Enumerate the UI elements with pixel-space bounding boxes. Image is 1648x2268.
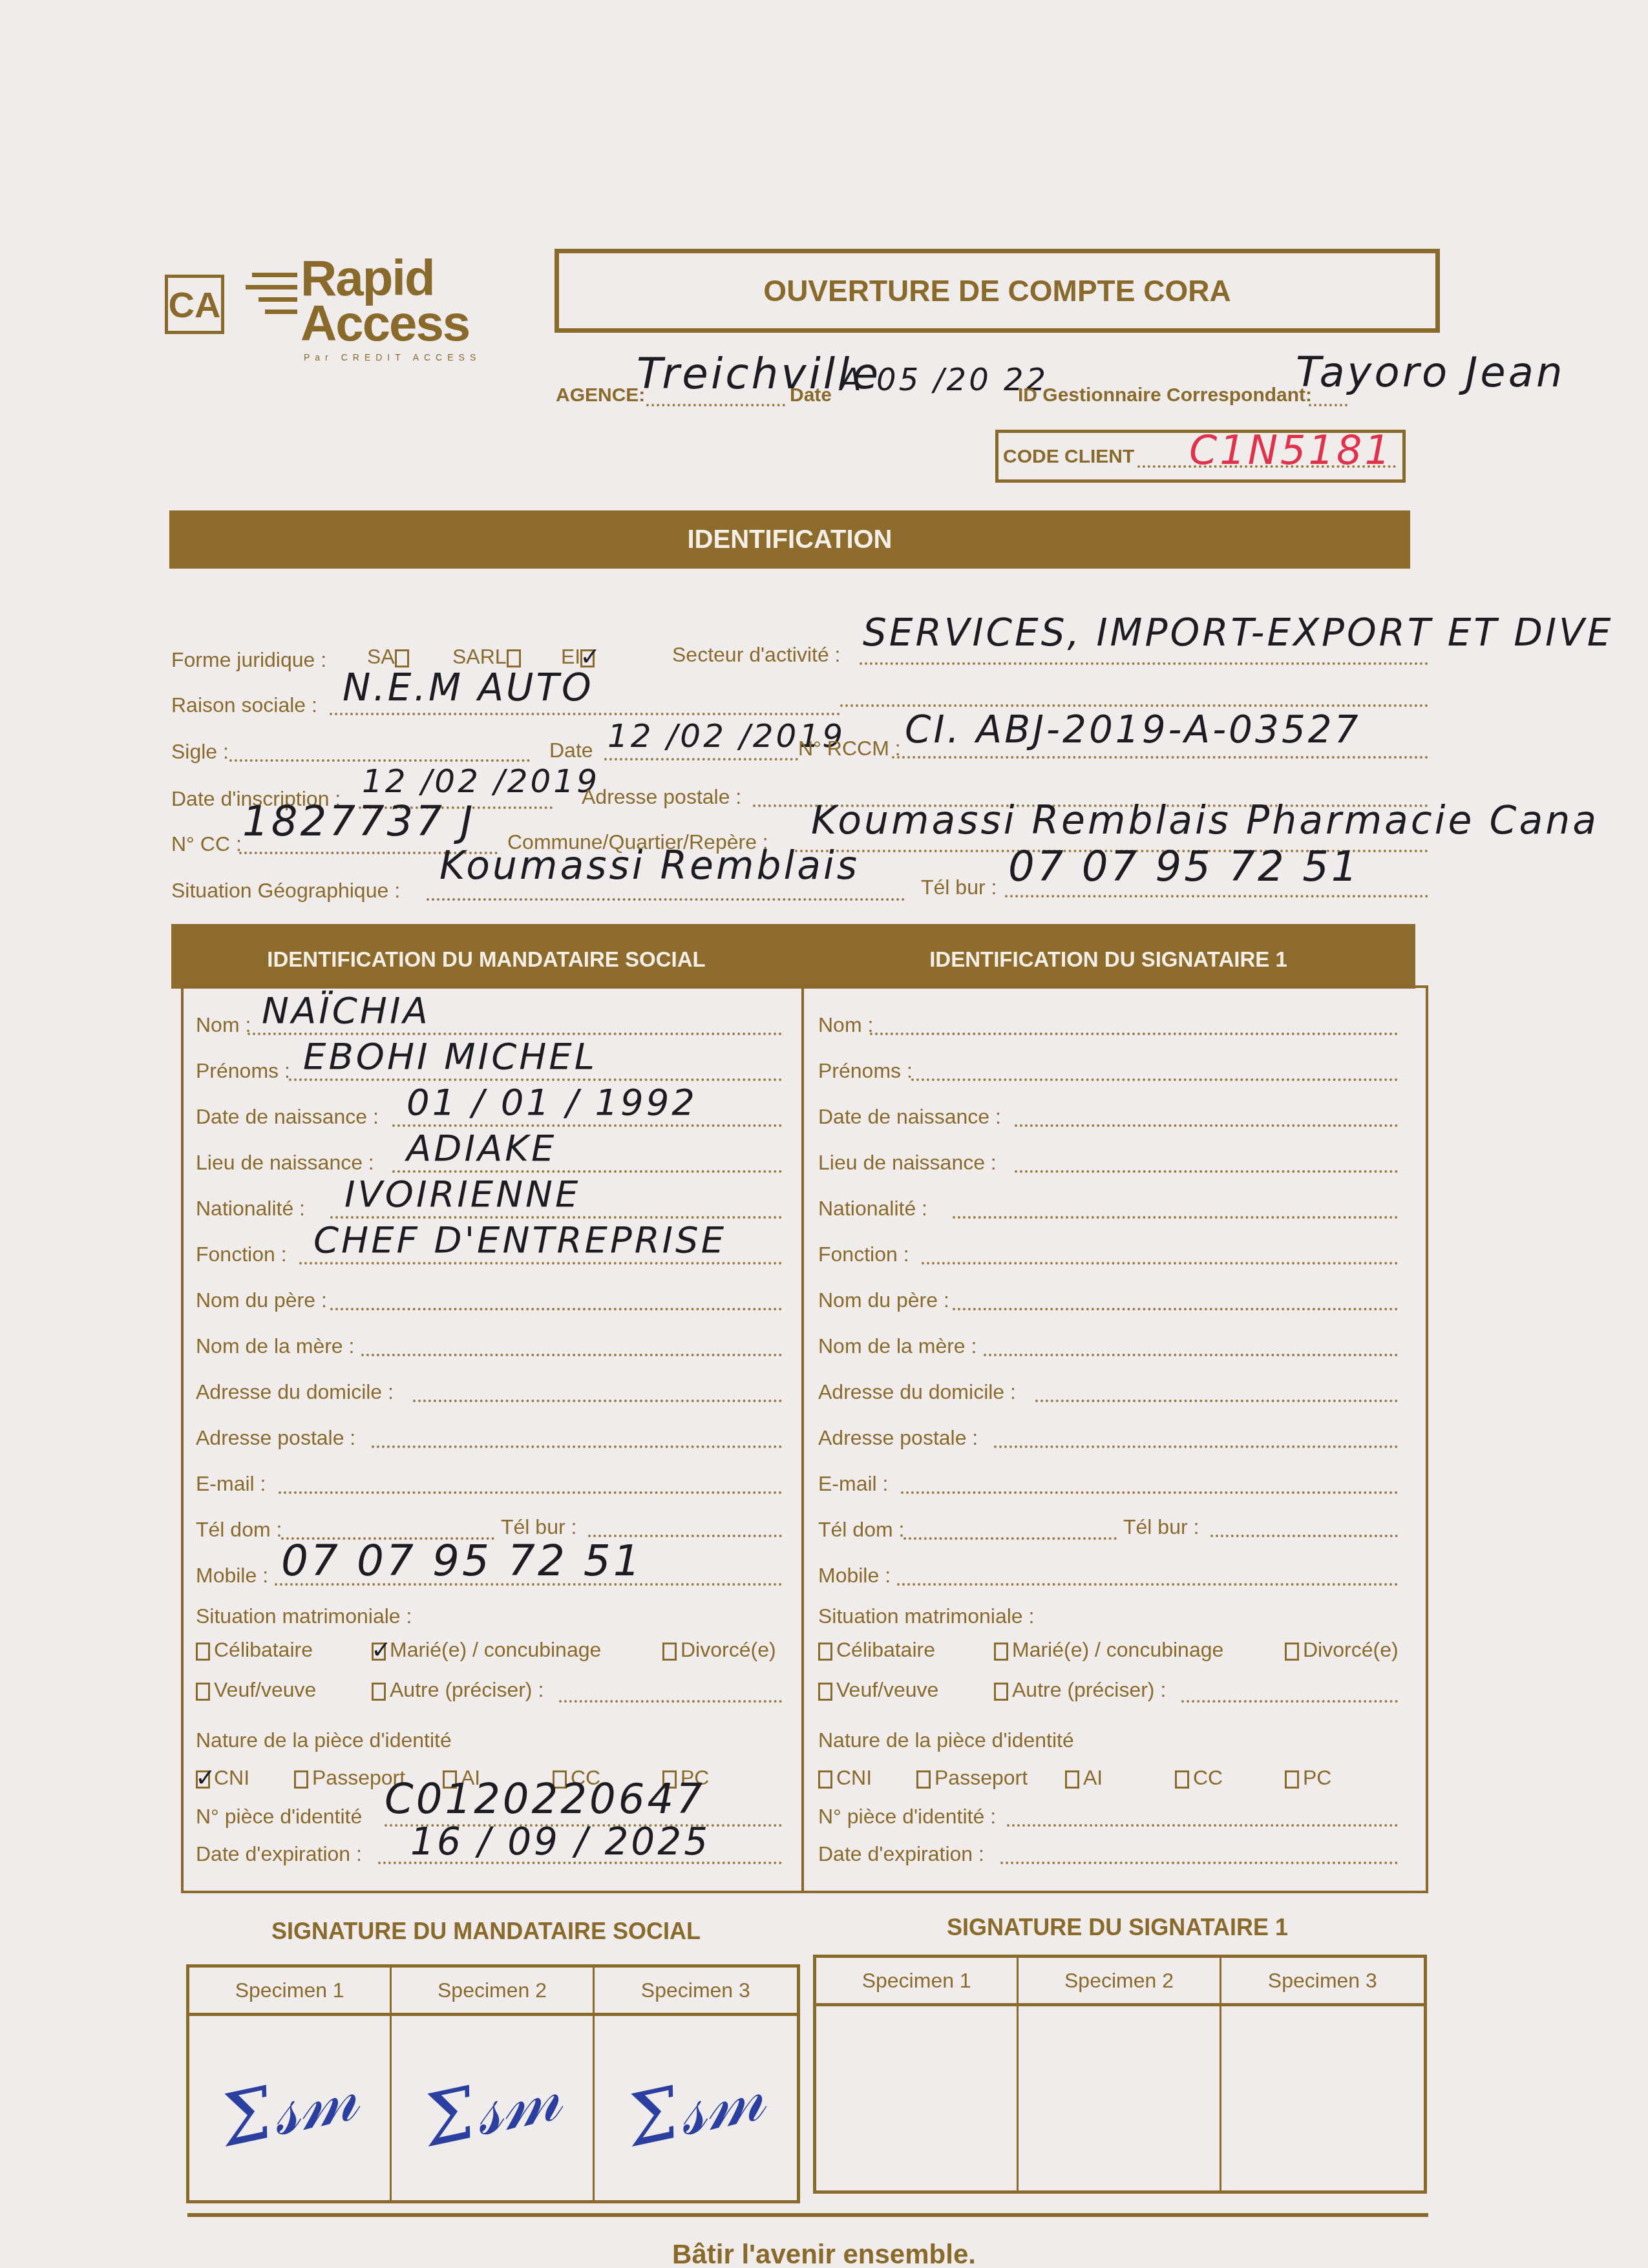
signataire-fonction-label: Fonction : xyxy=(818,1243,909,1266)
mandataire-expiration-field[interactable]: 16 / 09 / 2025 xyxy=(410,1820,710,1864)
mandataire-piece-cni-checkbox[interactable]: CNI xyxy=(196,1766,249,1790)
signataire-signature-table: Specimen 1Specimen 2Specimen 3 xyxy=(813,1955,1427,2194)
mandataire-column: Nom :NAÏCHIAPrénoms :EBOHI MICHELDate de… xyxy=(184,985,798,1890)
mandataire-nom-de-la-mere-label: Nom de la mère : xyxy=(196,1334,354,1358)
situation-geographique-label: Situation Géographique : xyxy=(171,879,400,903)
specimen-3-signature-area[interactable] xyxy=(1221,2006,1424,2190)
ncc-field[interactable]: 1827737 J xyxy=(242,798,475,846)
checkbox-icon xyxy=(395,649,409,667)
signataire-matrimoniale-label: Situation matrimoniale : xyxy=(818,1604,1034,1628)
header-date-label: Date xyxy=(790,384,832,406)
mandataire-adresse-du-domicile-label: Adresse du domicile : xyxy=(196,1380,394,1404)
signature-scribble-icon: Ʃ𝓈𝓂 xyxy=(416,2053,567,2163)
mandataire-mobile-label: Mobile : xyxy=(196,1564,268,1588)
signataire-nationalite-label: Nationalité : xyxy=(818,1197,927,1221)
signataire-expiration-label: Date d'expiration : xyxy=(818,1842,984,1866)
signataire-piece-cc-checkbox[interactable]: CC xyxy=(1175,1766,1223,1790)
mandataire-matrimoniale-marie-checkbox[interactable]: Marié(e) / concubinage xyxy=(372,1638,601,1662)
specimen-2-signature-area[interactable] xyxy=(1019,2006,1221,2190)
identification-section-header: IDENTIFICATION xyxy=(169,510,1410,569)
mandataire-num-piece-label: N° pièce d'identité xyxy=(196,1805,362,1829)
mandataire-email-label: E-mail : xyxy=(196,1472,266,1496)
signataire-matrimoniale-veuf-checkbox[interactable]: Veuf/veuve xyxy=(818,1678,938,1702)
gestionnaire-field[interactable]: Tayoro Jean xyxy=(1296,349,1565,397)
signataire-tel-bur-label: Tél bur : xyxy=(1123,1515,1199,1539)
signataire-nom-label: Nom : xyxy=(818,1013,873,1037)
specimen-1-signature-area[interactable] xyxy=(816,2006,1019,2190)
secteur-field[interactable]: SERVICES, IMPORT-EXPORT ET DIVE xyxy=(863,611,1613,655)
raison-sociale-label: Raison sociale : xyxy=(171,693,317,717)
signataire-email-label: E-mail : xyxy=(818,1472,888,1496)
mandataire-nom-label: Nom : xyxy=(196,1013,251,1037)
secteur-label: Secteur d'activité : xyxy=(672,643,840,667)
signataire-section-header: IDENTIFICATION DU SIGNATAIRE 1 xyxy=(801,924,1415,989)
panel-divider xyxy=(801,985,804,1893)
brand-logo: Rapid Access xyxy=(301,255,469,346)
signataire-mobile-label: Mobile : xyxy=(818,1564,891,1588)
mandataire-signature-table: Specimen 1Specimen 2Specimen 3Ʃ𝓈𝓂Ʃ𝓈𝓂Ʃ𝓈𝓂 xyxy=(186,1964,800,2203)
signataire-num-piece-label: N° pièce d'identité : xyxy=(818,1805,996,1829)
checkbox-icon xyxy=(916,1770,931,1789)
specimen-3-header: Specimen 3 xyxy=(1221,1958,1424,2006)
mandataire-matrimoniale-veuf-checkbox[interactable]: Veuf/veuve xyxy=(196,1678,316,1702)
form-title: OUVERTURE DE COMPTE CORA xyxy=(555,249,1440,333)
date-inscription-field[interactable]: 12 /02 /2019 xyxy=(362,762,600,800)
brand-name-line1: Rapid xyxy=(301,255,469,300)
checkbox-icon xyxy=(994,1643,1008,1661)
signataire-adresse-du-domicile-label: Adresse du domicile : xyxy=(818,1380,1016,1404)
checkbox-icon xyxy=(1285,1643,1299,1661)
mandataire-matrimoniale-celibataire-checkbox[interactable]: Célibataire xyxy=(196,1638,313,1662)
checkbox-icon xyxy=(294,1770,308,1789)
tel-bur-field[interactable]: 07 07 95 72 51 xyxy=(1008,843,1360,891)
company-date-label: Date xyxy=(549,739,593,762)
mandataire-adresse-postale-label: Adresse postale : xyxy=(196,1426,355,1450)
signataire-matrimoniale-autre-checkbox[interactable]: Autre (préciser) : xyxy=(994,1678,1166,1702)
mandataire-lieu-de-naissance-label: Lieu de naissance : xyxy=(196,1151,374,1175)
signataire-matrimoniale-marie-checkbox[interactable]: Marié(e) / concubinage xyxy=(994,1638,1223,1662)
signataire-adresse-postale-label: Adresse postale : xyxy=(818,1426,978,1450)
signataire-prenoms-label: Prénoms : xyxy=(818,1059,913,1083)
footer-divider xyxy=(187,2213,1428,2217)
checkbox-icon xyxy=(372,1683,386,1701)
specimen-2-header: Specimen 2 xyxy=(1019,1958,1221,2006)
mandataire-fonction-field[interactable]: CHEF D'ENTREPRISE xyxy=(313,1219,726,1261)
header-date-field[interactable]: A 05 /20 22 xyxy=(840,362,1048,398)
mandataire-mobile-field[interactable]: 07 07 95 72 51 xyxy=(281,1536,643,1586)
mandataire-num-piece-field[interactable]: C0120220647 xyxy=(385,1776,705,1823)
signataire-piece-ai-checkbox[interactable]: AI xyxy=(1065,1766,1103,1790)
signataire-matrimoniale-divorce-checkbox[interactable]: Divorcé(e) xyxy=(1285,1638,1399,1662)
situation-geographique-field[interactable]: Koumassi Remblais xyxy=(439,843,860,888)
checked-checkbox-icon xyxy=(580,649,595,667)
checkbox-icon xyxy=(1285,1770,1299,1789)
checkbox-icon xyxy=(1065,1770,1079,1789)
mandataire-date-de-naissance-label: Date de naissance : xyxy=(196,1105,379,1129)
signataire-tel-dom-label: Tél dom : xyxy=(818,1518,904,1542)
specimen-2-signature-area[interactable]: Ʃ𝓈𝓂 xyxy=(392,2016,594,2200)
mandataire-prenoms-field[interactable]: EBOHI MICHEL xyxy=(303,1036,597,1078)
agence-label: AGENCE: xyxy=(556,384,645,406)
checkbox-icon xyxy=(818,1683,832,1701)
brand-tagline: Par CREDIT ACCESS xyxy=(304,352,481,362)
signataire-matrimoniale-celibataire-checkbox[interactable]: Célibataire xyxy=(818,1638,935,1662)
mandataire-signature-title: SIGNATURE DU MANDATAIRE SOCIAL xyxy=(271,1918,701,1945)
mandataire-fonction-label: Fonction : xyxy=(196,1243,287,1266)
mandataire-matrimoniale-autre-checkbox[interactable]: Autre (préciser) : xyxy=(372,1678,544,1702)
checkbox-icon xyxy=(818,1770,832,1789)
checkbox-icon xyxy=(662,1643,677,1661)
checkbox-icon xyxy=(1175,1770,1189,1789)
commune-field[interactable]: Koumassi Remblais Pharmacie Cana xyxy=(811,798,1599,843)
signataire-column: Nom :Prénoms :Date de naissance :Lieu de… xyxy=(807,985,1414,1890)
signataire-piece-passeport-checkbox[interactable]: Passeport xyxy=(916,1766,1028,1790)
mandataire-nom-field[interactable]: NAÏCHIA xyxy=(262,990,430,1032)
mandataire-matrimoniale-divorce-checkbox[interactable]: Divorcé(e) xyxy=(662,1638,776,1662)
signataire-signature-title: SIGNATURE DU SIGNATAIRE 1 xyxy=(947,1914,1288,1941)
tel-bur-label: Tél bur : xyxy=(921,876,997,899)
specimen-1-header: Specimen 1 xyxy=(189,1968,392,2016)
specimen-1-signature-area[interactable]: Ʃ𝓈𝓂 xyxy=(189,2016,392,2200)
mandataire-prenoms-label: Prénoms : xyxy=(196,1059,290,1083)
gestionnaire-label: ID Gestionnaire Correspondant: xyxy=(1018,384,1312,406)
signature-scribble-icon: Ʃ𝓈𝓂 xyxy=(214,2053,365,2163)
mandataire-nom-du-pere-label: Nom du père : xyxy=(196,1288,327,1312)
speed-lines-icon xyxy=(239,265,297,322)
checked-checkbox-icon xyxy=(196,1770,210,1789)
signataire-date-de-naissance-label: Date de naissance : xyxy=(818,1105,1001,1129)
signataire-lieu-de-naissance-label: Lieu de naissance : xyxy=(818,1151,997,1175)
brand-name-line2: Access xyxy=(301,300,469,346)
signataire-piece-cni-checkbox[interactable]: CNI xyxy=(818,1766,872,1790)
specimen-1-header: Specimen 1 xyxy=(816,1958,1019,2006)
credit-access-logo-mark: CA xyxy=(165,275,224,334)
checkbox-icon xyxy=(994,1683,1008,1701)
footer-slogan: Bâtir l'avenir ensemble. xyxy=(0,2239,1648,2268)
specimen-2-header: Specimen 2 xyxy=(392,1968,594,2016)
signataire-nom-du-pere-label: Nom du père : xyxy=(818,1288,949,1312)
code-client-field[interactable]: C1N5181 xyxy=(1189,426,1393,474)
specimen-3-signature-area[interactable]: Ʃ𝓈𝓂 xyxy=(595,2016,797,2200)
specimen-3-header: Specimen 3 xyxy=(595,1968,797,2016)
signataire-piece-pc-checkbox[interactable]: PC xyxy=(1285,1766,1331,1790)
sigle-label: Sigle : xyxy=(171,740,229,764)
ncc-label: N° CC : xyxy=(171,832,242,856)
checked-checkbox-icon xyxy=(372,1643,386,1661)
mandataire-expiration-label: Date d'expiration : xyxy=(196,1842,362,1866)
forme-juridique-label: Forme juridique : xyxy=(171,648,326,672)
signature-scribble-icon: Ʃ𝓈𝓂 xyxy=(620,2053,771,2163)
mandataire-lieu-de-naissance-field[interactable]: ADIAKE xyxy=(407,1128,556,1170)
raison-sociale-field[interactable]: N.E.M AUTO xyxy=(343,666,594,709)
checkbox-icon xyxy=(196,1683,210,1701)
adresse-postale-label: Adresse postale : xyxy=(582,785,741,809)
signataire-piece-label: Nature de la pièce d'identité xyxy=(818,1728,1074,1752)
checkbox-icon xyxy=(507,649,521,667)
mandataire-nationalite-field[interactable]: IVOIRIENNE xyxy=(344,1173,580,1215)
checkbox-icon xyxy=(196,1643,210,1661)
code-client-label: CODE CLIENT xyxy=(1003,446,1134,468)
mandataire-matrimoniale-label: Situation matrimoniale : xyxy=(196,1604,412,1628)
mandataire-section-header: IDENTIFICATION DU MANDATAIRE SOCIAL xyxy=(171,924,801,989)
mandataire-date-de-naissance-field[interactable]: 01 / 01 / 1992 xyxy=(407,1082,697,1124)
mandataire-nationalite-label: Nationalité : xyxy=(196,1197,305,1221)
mandataire-piece-label: Nature de la pièce d'identité xyxy=(196,1728,452,1752)
rccm-label: N° RCCM : xyxy=(798,737,901,761)
rccm-field[interactable]: CI. ABJ-2019-A-03527 xyxy=(905,708,1361,751)
signataire-nom-de-la-mere-label: Nom de la mère : xyxy=(818,1334,977,1358)
mandataire-tel-dom-label: Tél dom : xyxy=(196,1518,282,1542)
checkbox-icon xyxy=(818,1643,832,1661)
